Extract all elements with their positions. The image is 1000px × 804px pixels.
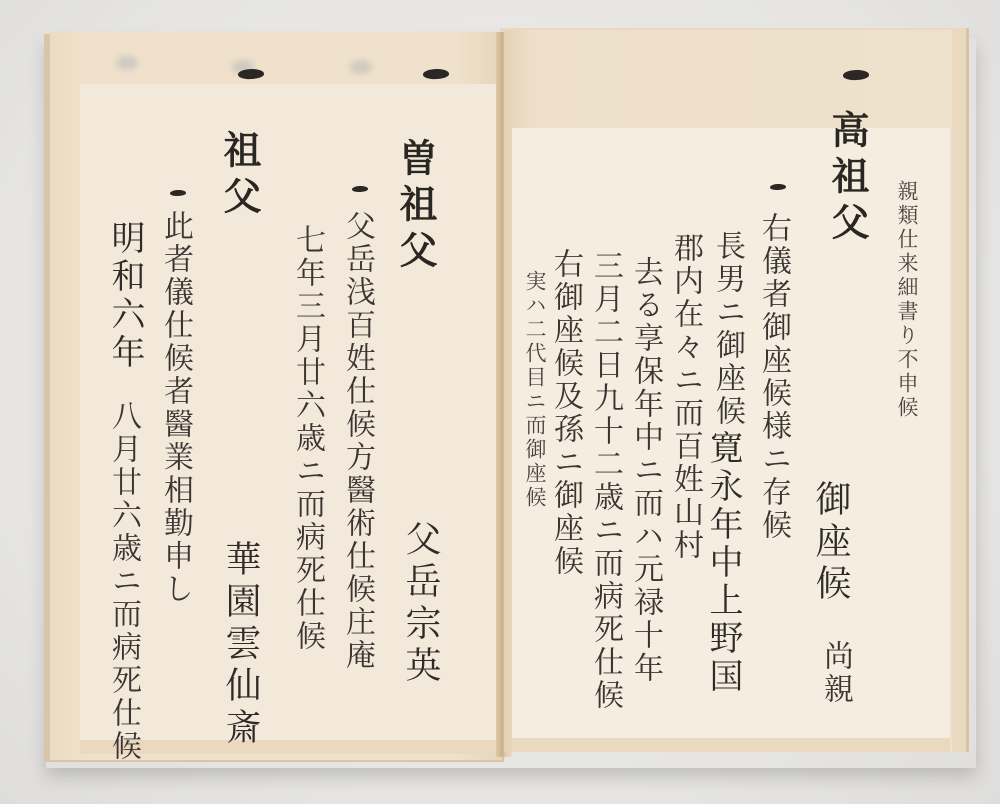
side-note: 親類仕来細書り不申候: [896, 180, 917, 420]
entry-line: 八月廿六歳ニ而病死仕候: [108, 400, 138, 763]
entry-line: 右御座候及孫ニ御座候: [550, 248, 580, 578]
entry-line: 寛永年中上野国: [706, 430, 740, 696]
person-name-suffix: 尚親: [820, 640, 850, 706]
person-name: 御座候: [812, 480, 848, 606]
ink-smudge: [350, 60, 372, 74]
entry-line: 郡内在々ニ而百姓山村: [670, 232, 700, 562]
person-name: 父岳宗英: [402, 520, 438, 688]
heading-great-great-grandfather: 高祖父: [828, 110, 866, 248]
entry-line: 長男ニ御座候: [712, 230, 742, 428]
entry-line: 父岳浅百姓仕候方醫術仕候庄庵: [342, 210, 372, 672]
left-page-bottom-band: [80, 740, 500, 754]
entry-line: 七年三月廿六歳ニ而病死仕候: [292, 224, 322, 653]
person-name: 華園雲仙斎: [222, 540, 258, 750]
entry-line: 此者儀仕候者醫業相勤申し: [160, 210, 190, 606]
entry-line: 去る享保年中ニ而ハ元禄十年: [630, 256, 660, 685]
entry-line: 右儀者御座候様ニ存候: [758, 212, 788, 542]
ink-smudge: [116, 56, 138, 70]
heading-great-grandfather: 曽祖父: [396, 138, 434, 276]
right-page-bottom-band: [512, 738, 950, 752]
entry-date: 明和六年: [108, 220, 142, 372]
heading-grandfather: 祖父: [220, 130, 258, 222]
entry-line: 三月二日九十二歳ニ而病死仕候: [590, 250, 620, 712]
entry-line: 実ハ二代目ニ而御座候: [524, 270, 545, 510]
